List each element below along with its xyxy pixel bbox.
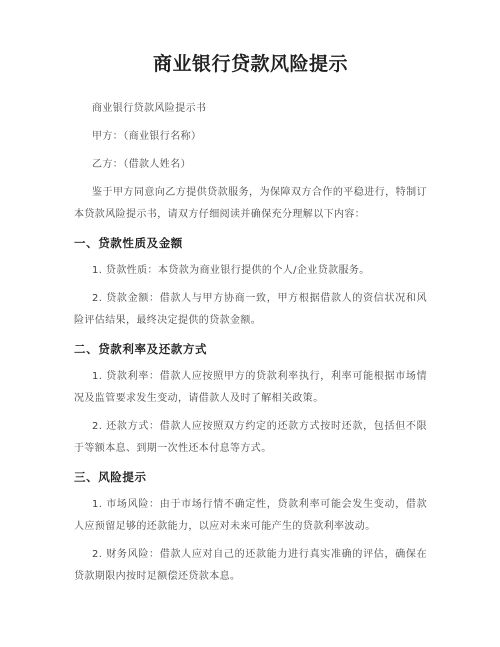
paragraph-market-risk: 1. 市场风险：由于市场行情不确定性，贷款利率可能会发生变动，借款人应预留足够的… [74,494,427,538]
paragraph-financial-risk: 2. 财务风险：借款人应对自己的还款能力进行真实准确的评估，确保在贷款期限内按时… [74,544,427,588]
paragraph-loan-amount: 2. 贷款金额：借款人与甲方协商一致，甲方根据借款人的资信状况和风险评估结果，最… [74,288,427,332]
section-heading-risk-warning: 三、风险提示 [74,466,427,488]
paragraph-repayment-method: 2. 还款方式：借款人应按照双方约定的还款方式按时还款，包括但不限于等额本息、到… [74,416,427,460]
section-heading-loan-nature-amount: 一、贷款性质及金额 [74,232,427,254]
paragraph-party-b: 乙方：（借款人姓名） [74,154,427,176]
document-title: 商业银行贷款风险提示 [74,50,427,78]
section-heading-rate-repayment: 二、贷款利率及还款方式 [74,338,427,360]
paragraph-document-name: 商业银行贷款风险提示书 [74,98,427,120]
paragraph-loan-nature: 1. 贷款性质：本贷款为商业银行提供的个人/企业贷款服务。 [74,260,427,282]
document-page: 商业银行贷款风险提示 商业银行贷款风险提示书 甲方：（商业银行名称） 乙方：（借… [0,0,500,647]
paragraph-loan-rate: 1. 贷款利率：借款人应按照甲方的贷款利率执行，利率可能根据市场情况及监管要求发… [74,366,427,410]
paragraph-party-a: 甲方：（商业银行名称） [74,126,427,148]
paragraph-preamble: 鉴于甲方同意向乙方提供贷款服务，为保障双方合作的平稳进行，特制订本贷款风险提示书… [74,182,427,226]
